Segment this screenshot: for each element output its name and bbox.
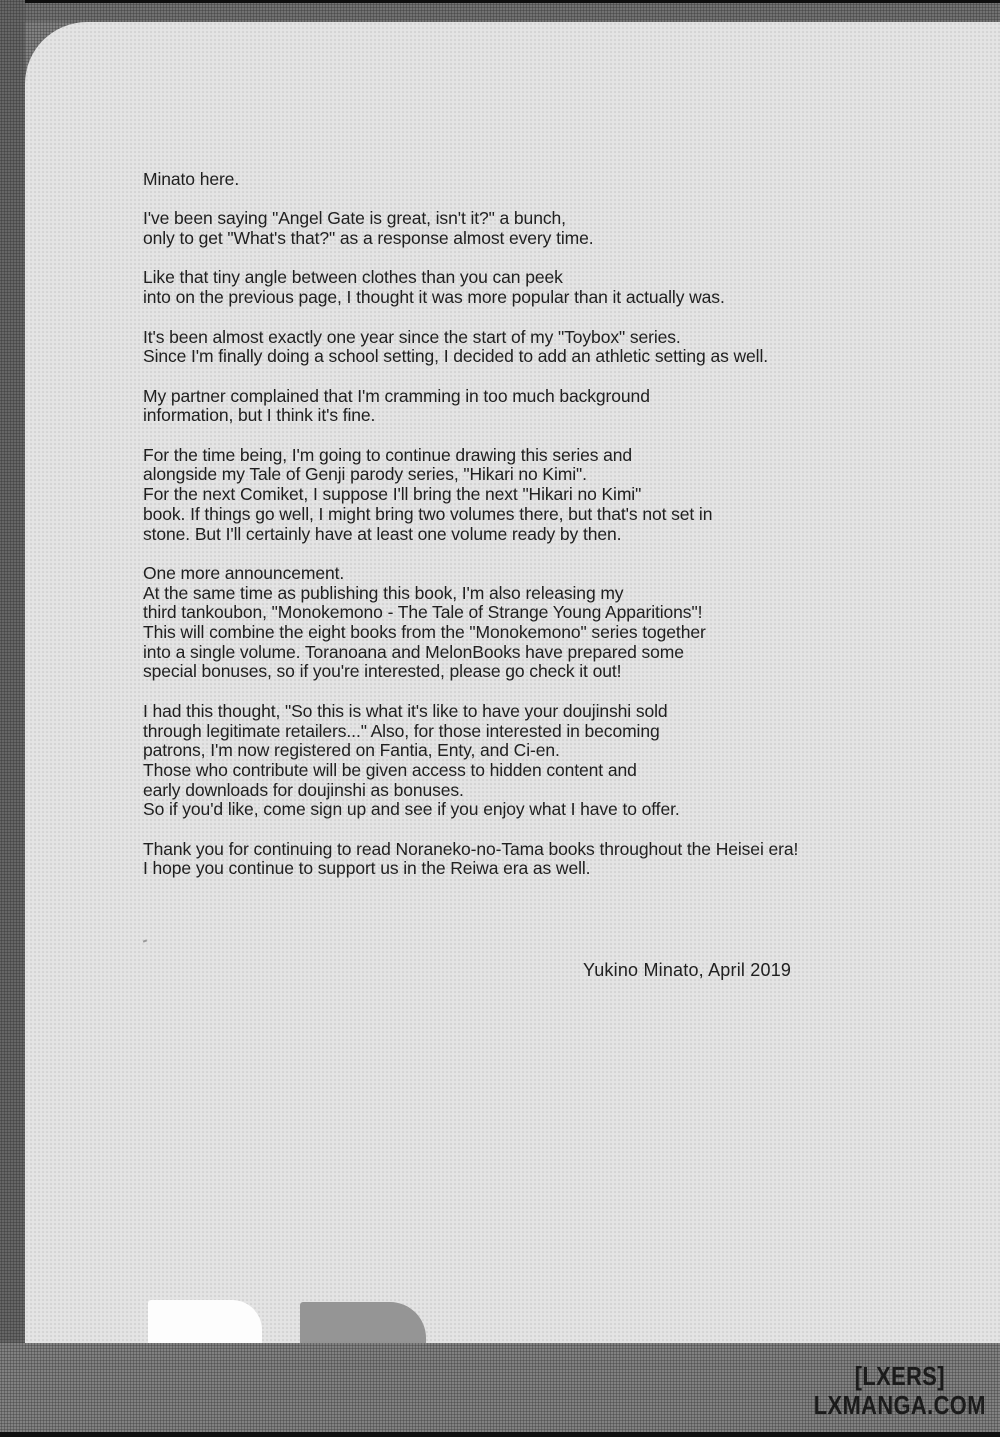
scan-top-band: [0, 0, 1000, 22]
letter-line: early downloads for doujinshi as bonuses…: [143, 781, 903, 801]
watermark-site-tag: LXMANGA.COM: [814, 1391, 986, 1420]
letter-paragraph: One more announcement.At the same time a…: [143, 564, 903, 682]
letter-line: into on the previous page, I thought it …: [143, 288, 903, 308]
letter-line: Those who contribute will be given acces…: [143, 761, 903, 781]
scan-speck-artifact: [143, 939, 147, 942]
author-signature: Yukino Minato, April 2019: [583, 960, 791, 981]
whiteout-pill-shape: [148, 1300, 262, 1343]
letter-line: alongside my Tale of Genji parody series…: [143, 465, 903, 485]
letter-line: Minato here.: [143, 170, 903, 190]
letter-line: I had this thought, "So this is what it'…: [143, 702, 903, 722]
letter-paragraph: Thank you for continuing to read Noranek…: [143, 840, 903, 879]
letter-line: I hope you continue to support us in the…: [143, 859, 903, 879]
letter-line: At the same time as publishing this book…: [143, 584, 903, 604]
letter-line: Since I'm finally doing a school setting…: [143, 347, 903, 367]
scanned-page: Minato here.I've been saying "Angel Gate…: [25, 22, 1000, 1343]
letter-line: stone. But I'll certainly have at least …: [143, 525, 903, 545]
letter-line: I've been saying "Angel Gate is great, i…: [143, 209, 903, 229]
scan-bottom-edge: [0, 1432, 1000, 1437]
letter-paragraph: Like that tiny angle between clothes tha…: [143, 268, 903, 307]
letter-body: Minato here.I've been saying "Angel Gate…: [143, 170, 903, 899]
letter-line: One more announcement.: [143, 564, 903, 584]
letter-line: This will combine the eight books from t…: [143, 623, 903, 643]
letter-paragraph: I've been saying "Angel Gate is great, i…: [143, 209, 903, 248]
letter-line: It's been almost exactly one year since …: [143, 328, 903, 348]
letter-paragraph: It's been almost exactly one year since …: [143, 328, 903, 367]
letter-paragraph: For the time being, I'm going to continu…: [143, 446, 903, 545]
letter-paragraph: Minato here.: [143, 170, 903, 190]
letter-line: book. If things go well, I might bring t…: [143, 505, 903, 525]
scan-left-band: [0, 0, 25, 1343]
scanlation-watermark: [LXERS] LXMANGA.COM: [814, 1362, 986, 1420]
letter-paragraph: My partner complained that I'm cramming …: [143, 387, 903, 426]
letter-line: So if you'd like, come sign up and see i…: [143, 800, 903, 820]
letter-line: third tankoubon, "Monokemono - The Tale …: [143, 603, 903, 623]
letter-line: information, but I think it's fine.: [143, 406, 903, 426]
letter-line: My partner complained that I'm cramming …: [143, 387, 903, 407]
letter-line: through legitimate retailers..." Also, f…: [143, 722, 903, 742]
letter-line: For the time being, I'm going to continu…: [143, 446, 903, 466]
letter-line: Like that tiny angle between clothes tha…: [143, 268, 903, 288]
watermark-group-tag: [LXERS]: [814, 1362, 986, 1391]
letter-line: patrons, I'm now registered on Fantia, E…: [143, 741, 903, 761]
letter-line: into a single volume. Toranoana and Melo…: [143, 643, 903, 663]
letter-line: For the next Comiket, I suppose I'll bri…: [143, 485, 903, 505]
letter-line: Thank you for continuing to read Noranek…: [143, 840, 903, 860]
gray-pill-shape: [300, 1302, 426, 1343]
letter-line: only to get "What's that?" as a response…: [143, 229, 903, 249]
letter-paragraph: I had this thought, "So this is what it'…: [143, 702, 903, 820]
letter-line: special bonuses, so if you're interested…: [143, 662, 903, 682]
